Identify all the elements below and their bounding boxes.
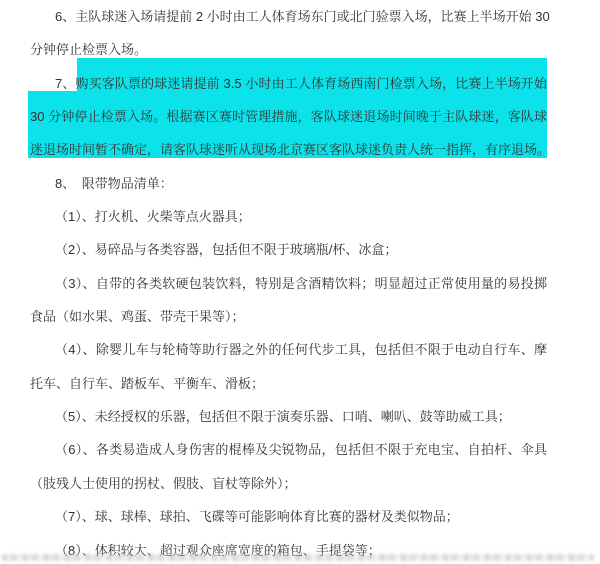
text-line-16: （7）、球、球棒、球拍、飞碟等可能影响体育比赛的器材及类似物品； bbox=[30, 500, 547, 533]
bottom-blur-artifact bbox=[2, 554, 594, 561]
line-text: （5）、未经授权的乐器，包括但不限于演奏乐器、口哨、喇叭、鼓等助威工具； bbox=[55, 409, 511, 424]
text-line-12: 托车、自行车、踏板车、平衡车、滑板； bbox=[30, 367, 547, 400]
highlighted-text: 迷退场时间暂不确定，请客队球迷听从现场北京赛区客队球迷负责人统一指挥，有序退场。 bbox=[30, 142, 550, 157]
text-line-7: （1）、打火机、火柴等点火器具； bbox=[30, 200, 547, 233]
highlighted-text: 30 分钟停止检票入场。根据赛区赛时管理措施，客队球迷退场时间晚于主队球迷，客队… bbox=[30, 109, 547, 124]
text-line-6: 8、 限带物品清单： bbox=[30, 167, 547, 200]
line-text: （肢残人士使用的拐杖、假肢、盲杖等除外）； bbox=[30, 476, 297, 491]
text-line-8: （2）、易碎品与各类容器，包括但不限于玻璃瓶/杯、冰盒； bbox=[30, 233, 547, 266]
line-text: （7）、球、球棒、球拍、飞碟等可能影响体育比赛的器材及类似物品； bbox=[55, 509, 459, 524]
text-line-5: 迷退场时间暂不确定，请客队球迷听从现场北京赛区客队球迷负责人统一指挥，有序退场。 bbox=[30, 133, 547, 166]
line-text: （3）、自带的各类软硬包装饮料，特别是含酒精饮料；明显超过正常使用量的易投掷 bbox=[55, 276, 547, 291]
text-line-14: （6）、各类易造成人身伤害的棍棒及尖锐物品，包括但不限于充电宝、自拍杆、伞具 bbox=[30, 433, 547, 466]
text-line-9: （3）、自带的各类软硬包装饮料，特别是含酒精饮料；明显超过正常使用量的易投掷 bbox=[30, 267, 547, 300]
line-text: 6、主队球迷入场请提前 2 小时由工人体育场东门或北门验票入场，比赛上半场开始 … bbox=[55, 9, 550, 24]
text-line-13: （5）、未经授权的乐器，包括但不限于演奏乐器、口哨、喇叭、鼓等助威工具； bbox=[30, 400, 547, 433]
text-line-15: （肢残人士使用的拐杖、假肢、盲杖等除外）； bbox=[30, 467, 547, 500]
line-text: 分钟停止检票入场。 bbox=[30, 42, 147, 57]
line-text: 食品（如水果、鸡蛋、带壳干果等）； bbox=[30, 309, 245, 324]
line-text: 8、 限带物品清单： bbox=[55, 176, 173, 191]
line-text: （4）、除婴儿车与轮椅等助行器之外的任何代步工具，包括但不限于电动自行车、摩 bbox=[55, 342, 547, 357]
text-line-10: 食品（如水果、鸡蛋、带壳干果等）； bbox=[30, 300, 547, 333]
highlighted-text: 购买客队票的球迷请提前 3.5 小时由工人体育场西南门检票入场，比赛上半场开始 bbox=[75, 76, 547, 91]
line-text: （2）、易碎品与各类容器，包括但不限于玻璃瓶/杯、冰盒； bbox=[55, 242, 397, 257]
line-text: （6）、各类易造成人身伤害的棍棒及尖锐物品，包括但不限于充电宝、自拍杆、伞具 bbox=[55, 442, 547, 457]
line-text: （1）、打火机、火柴等点火器具； bbox=[55, 209, 251, 224]
text-line-11: （4）、除婴儿车与轮椅等助行器之外的任何代步工具，包括但不限于电动自行车、摩 bbox=[30, 333, 547, 366]
document-page: 6、主队球迷入场请提前 2 小时由工人体育场东门或北门验票入场，比赛上半场开始 … bbox=[0, 0, 600, 564]
item-number-prefix: 7、 bbox=[55, 76, 75, 91]
line-text: 托车、自行车、踏板车、平衡车、滑板； bbox=[30, 376, 264, 391]
text-line-1: 6、主队球迷入场请提前 2 小时由工人体育场东门或北门验票入场，比赛上半场开始 … bbox=[30, 0, 547, 33]
document-content: 6、主队球迷入场请提前 2 小时由工人体育场东门或北门验票入场，比赛上半场开始 … bbox=[30, 0, 547, 564]
